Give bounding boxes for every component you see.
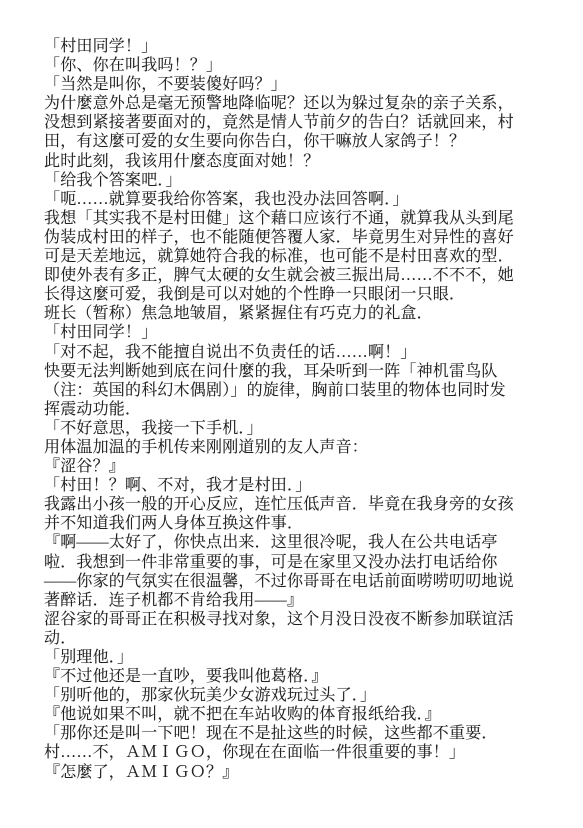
text-line: 田，有这麼可爱的女生要向你告白，你干嘛放人家鸽子！？ [44,132,549,151]
text-line: 即使外表有多正，脾气太硬的女生就会被三振出局……不不不，她 [44,266,549,285]
text-line: 「别理他．」 [44,648,549,667]
text-line: 涩谷家的哥哥正在积极寻找对象，这个月没日没夜不断参加联谊活 [44,610,549,629]
text-line: 快要无法判断她到底在问什麼的我，耳朵听到一阵「神机雷鸟队 [44,362,549,381]
text-line: 啦．我想到一件非常重要的事，可是在家里又没办法打电话给你 [44,553,549,572]
text-line: 『他说如果不叫，就不把在车站收购的体育报纸给我．』 [44,705,549,724]
text-line: 长得这麼可爱，我倒是可以对她的个性睁一只眼闭一只眼． [44,285,549,304]
text-line: 「呃……就算要我给你答案，我也没办法回答啊．」 [44,190,549,209]
text-line: ——你家的气氛实在很温馨，不过你哥哥在电话前面唠唠叨叨地说 [44,572,549,591]
text-line: 没想到紧接著要面对的，竟然是情人节前夕的告白？话就回来，村 [44,113,549,132]
text-line: 『啊——太好了，你快点出来．这里很冷呢，我人在公共电话亭 [44,533,549,552]
text-line: 「别听他的，那家伙玩美少女游戏玩过头了．」 [44,686,549,705]
text-line: 「村田同学！」 [44,37,549,56]
text-line: 『怎麼了，ＡＭＩＧＯ？』 [44,763,549,782]
text-line: 『涩谷？』 [44,457,549,476]
text-line: 班长（暂称）焦急地皱眉，紧紧握住有巧克力的礼盒． [44,304,549,323]
text-line: 「那你还是叫一下吧！现在不是扯这些的时候，这些都不重要． [44,724,549,743]
text-line: 「不好意思，我接一下手机．」 [44,419,549,438]
text-line: 村……不，ＡＭＩＧＯ，你现在在面临一件很重要的事！」 [44,743,549,762]
text-line: 伪装成村田的样子，也不能随便答覆人家．毕竟男生对异性的喜好 [44,228,549,247]
page-text: 「村田同学！」「你、你在叫我吗！？」「当然是叫你，不要装傻好吗？」为什麼意外总是… [44,37,549,782]
text-line: 「村田同学！」 [44,323,549,342]
text-line: （注：英国的科幻木偶剧）」的旋律，胸前口装里的物体也同时发 [44,381,549,400]
text-line: 我想「其实我不是村田健」这个藉口应该行不通，就算我从头到尾 [44,209,549,228]
text-line: 并不知道我们两人身体互换这件事． [44,514,549,533]
text-line: 「村田！？啊、不对，我才是村田．」 [44,476,549,495]
text-line: 为什麼意外总是毫无预警地降临呢？还以为躲过复杂的亲子关系， [44,94,549,113]
text-line: 可是天差地远，就算她符合我的标准，也可能不是村田喜欢的型． [44,247,549,266]
text-line: 我露出小孩一般的开心反应，连忙压低声音．毕竟在我身旁的女孩 [44,495,549,514]
text-line: 挥震动功能． [44,400,549,419]
text-line: 「对不起，我不能擅自说出不负责任的话……啊！」 [44,343,549,362]
text-line: 此时此刻，我该用什麼态度面对她！？ [44,152,549,171]
text-line: 「给我个答案吧．」 [44,171,549,190]
text-line: 著醉话．连子机都不肯给我用——』 [44,591,549,610]
text-line: 「当然是叫你，不要装傻好吗？」 [44,75,549,94]
document-page: 「村田同学！」「你、你在叫我吗！？」「当然是叫你，不要装傻好吗？」为什麼意外总是… [0,0,583,828]
text-line: 「你、你在叫我吗！？」 [44,56,549,75]
text-line: 『不过他还是一直吵，要我叫他葛格．』 [44,667,549,686]
text-line: 动． [44,629,549,648]
text-line: 用体温加温的手机传来刚刚道别的友人声音： [44,438,549,457]
